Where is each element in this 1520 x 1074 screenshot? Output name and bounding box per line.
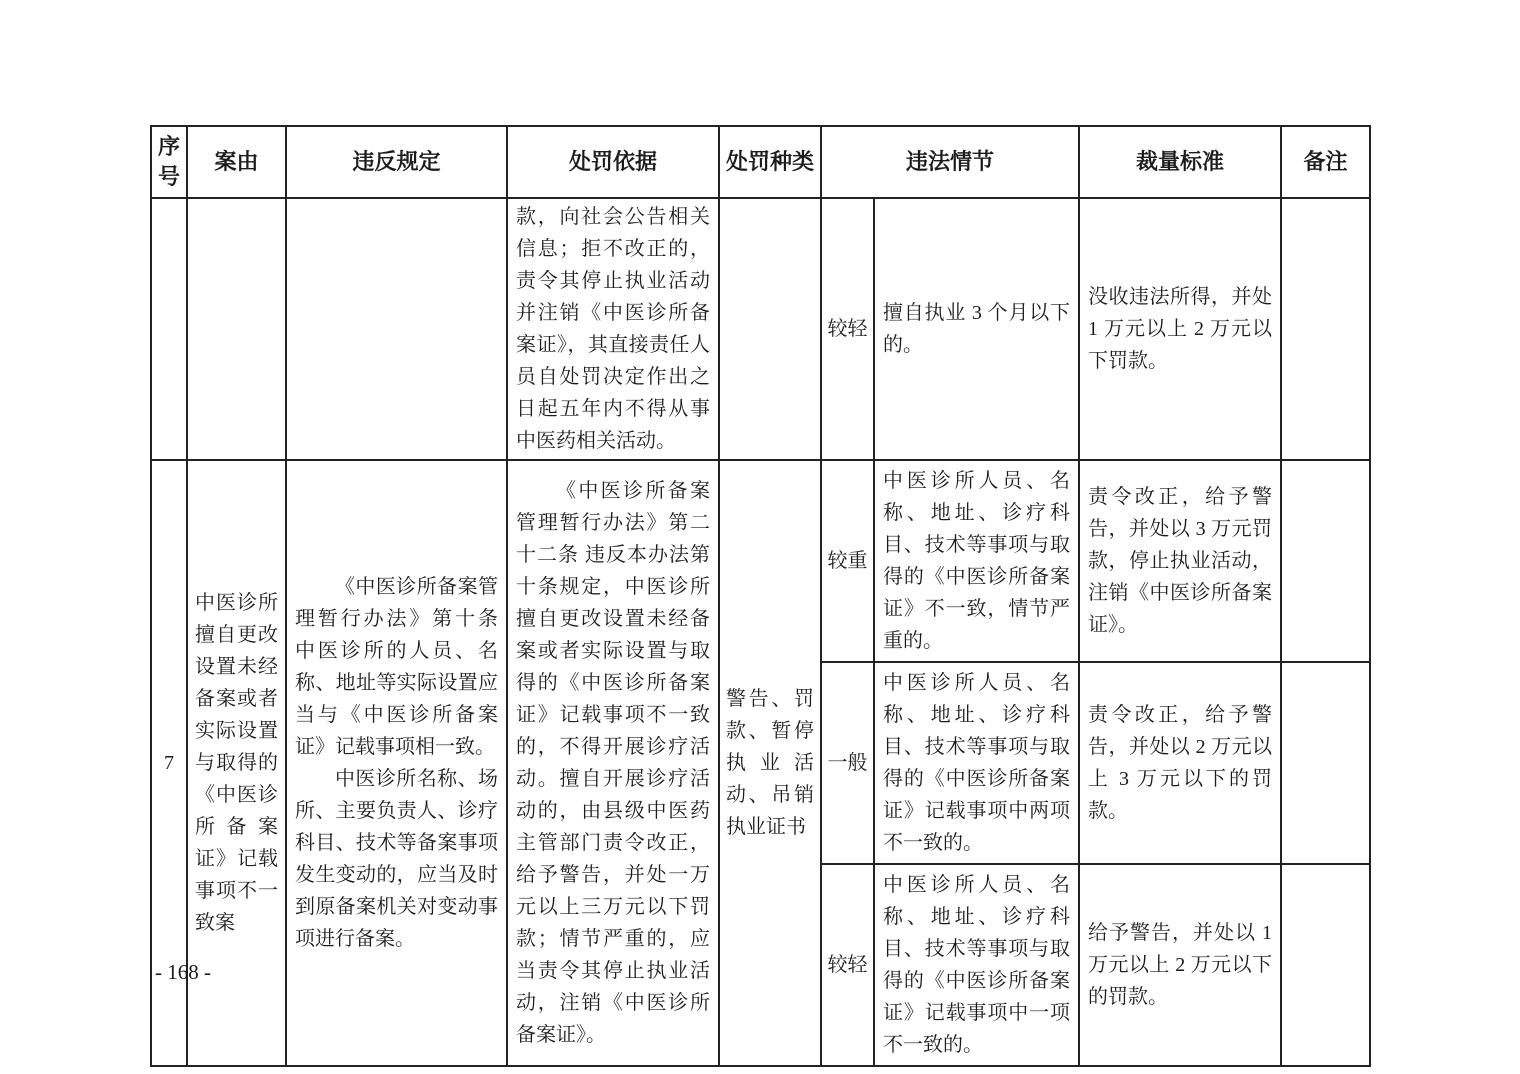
cell-circumstance: 中医诊所人员、名称、地址、诊疗科目、技术等事项与取得的《中医诊所备案证》记载事项… (874, 662, 1079, 864)
cell-violation-empty (286, 198, 507, 460)
col-header-number: 序号 (151, 126, 187, 198)
table-header-row: 序号 案由 违反规定 处罚依据 处罚种类 违法情节 裁量标准 备注 (151, 126, 1370, 198)
col-header-penalty-basis: 处罚依据 (507, 126, 719, 198)
col-header-standard: 裁量标准 (1079, 126, 1281, 198)
continuation-row: 款，向社会公告相关信息；拒不改正的，责令其停止执业活动并注销《中医诊所备案证》，… (151, 198, 1370, 460)
row7-subrow-severe: 7 中医诊所擅自更改设置未经备案或者实际设置与取得的《中医诊所备案证》记载事项不… (151, 460, 1370, 662)
cell-circumstance: 中医诊所人员、名称、地址、诊疗科目、技术等事项与取得的《中医诊所备案证》记载事项… (874, 864, 1079, 1066)
severity-label: 较轻 (821, 198, 874, 460)
cell-remark-empty (1281, 198, 1370, 460)
violation-paragraph-2: 中医诊所名称、场所、主要负责人、诊疗科目、技术等备案事项发生变动的，应当及时到原… (295, 763, 498, 955)
cell-number-empty (151, 198, 187, 460)
cell-standard: 没收违法所得，并处 1 万元以上 2 万元以下罚款。 (1079, 198, 1281, 460)
severity-label: 较轻 (821, 864, 874, 1066)
cell-circumstance: 中医诊所人员、名称、地址、诊疗科目、技术等事项与取得的《中医诊所备案证》不一致，… (874, 460, 1079, 662)
cell-penalty-basis-continued: 款，向社会公告相关信息；拒不改正的，责令其停止执业活动并注销《中医诊所备案证》，… (507, 198, 719, 460)
col-header-remark: 备注 (1281, 126, 1370, 198)
col-header-circumstance: 违法情节 (821, 126, 1079, 198)
penalty-basis-continued-text: 款，向社会公告相关信息；拒不改正的，责令其停止执业活动并注销《中医诊所备案证》，… (516, 206, 710, 452)
cell-violation: 《中医诊所备案管理暂行办法》第十条 中医诊所的人员、名称、地址等实际设置应当与《… (286, 460, 507, 1066)
cell-cause-empty (187, 198, 286, 460)
cell-standard: 给予警告，并处以 1 万元以上 2 万元以下的罚款。 (1079, 864, 1281, 1066)
cell-standard: 责令改正，给予警告，并处以 3 万元罚款，停止执业活动，注销《中医诊所备案证》。 (1079, 460, 1281, 662)
cell-remark-empty (1281, 460, 1370, 662)
cell-circumstance: 擅自执业 3 个月以下的。 (874, 198, 1079, 460)
cell-remark-empty (1281, 662, 1370, 864)
severity-label: 较重 (821, 460, 874, 662)
cell-penalty-type-empty (719, 198, 821, 460)
cell-remark-empty (1281, 864, 1370, 1066)
violation-paragraph-1: 《中医诊所备案管理暂行办法》第十条 中医诊所的人员、名称、地址等实际设置应当与《… (295, 571, 498, 763)
col-header-violation: 违反规定 (286, 126, 507, 198)
cell-standard: 责令改正，给予警告，并处以 2 万元以上 3 万元以下的罚款。 (1079, 662, 1281, 864)
col-header-cause: 案由 (187, 126, 286, 198)
cell-penalty-basis: 《中医诊所备案管理暂行办法》第二十二条 违反本办法第十条规定，中医诊所擅自更改设… (507, 460, 719, 1066)
cell-penalty-type: 警告、罚款、暂停执业活动、吊销执业证书 (719, 460, 821, 1066)
page-number: - 168 - (155, 960, 211, 985)
severity-label: 一般 (821, 662, 874, 864)
penalty-standards-table: 序号 案由 违反规定 处罚依据 处罚种类 违法情节 裁量标准 备注 款，向社会公… (150, 125, 1371, 1067)
document-page: 序号 案由 违反规定 处罚依据 处罚种类 违法情节 裁量标准 备注 款，向社会公… (0, 0, 1520, 1074)
penalty-basis-text: 《中医诊所备案管理暂行办法》第二十二条 违反本办法第十条规定，中医诊所擅自更改设… (516, 475, 710, 1051)
col-header-penalty-type: 处罚种类 (719, 126, 821, 198)
